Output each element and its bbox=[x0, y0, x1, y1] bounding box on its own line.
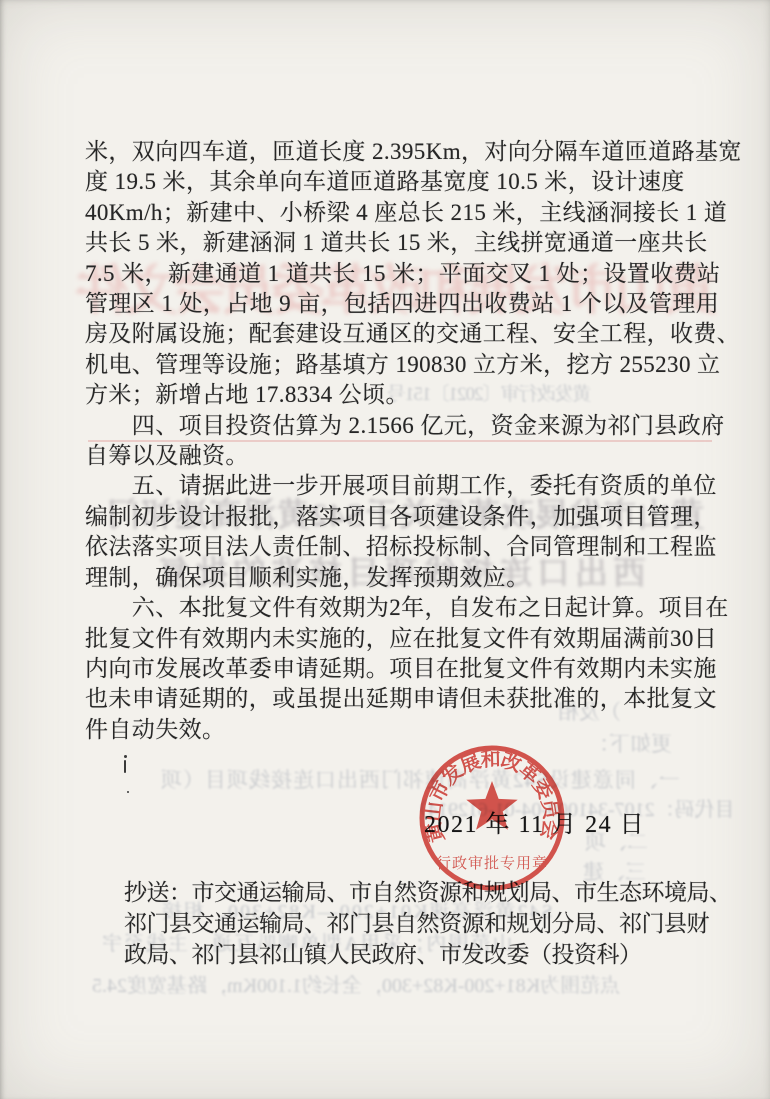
body-line: 自筹以及融资。 bbox=[85, 441, 725, 471]
body-line: 方米；新增占地 17.8334 公顷。 bbox=[85, 380, 725, 410]
seal-caption: 行政审批专用章 bbox=[436, 854, 548, 872]
body-line: 理制，确保项目顺利实施，发挥预期效应。 bbox=[85, 563, 725, 593]
pen-mark bbox=[124, 755, 127, 758]
body-line: 7.5 米，新建通道 1 道共长 15 米；平面交叉 1 处；设置收费站 bbox=[85, 259, 725, 289]
body-line: 五、请据此进一步开展项目前期工作，委托有资质的单位 bbox=[85, 471, 725, 501]
body-line: 依法落实项目法人责任制、招标投标制、合同管理制和工程监 bbox=[85, 532, 725, 562]
seal-graphic: 黄山市发展和改革委员会 行政审批专用章 bbox=[412, 738, 572, 898]
body-text: 米，双向四车道，匝道长度 2.395Km，对向分隔车道匝道路基宽度 19.5 米… bbox=[85, 137, 725, 745]
body-line: 40Km/h；新建中、小桥梁 4 座总长 215 米，主线涵洞接长 1 道 bbox=[85, 198, 725, 228]
body-line: 机电、管理等设施；路基填方 190830 立方米，挖方 255230 立 bbox=[85, 350, 725, 380]
pen-mark bbox=[124, 760, 126, 773]
body-line: 四、项目投资估算为 2.1566 亿元，资金来源为祁门县政府 bbox=[85, 411, 725, 441]
body-line: 共长 5 米，新建涵洞 1 道共长 15 米，主线拼宽通道一座共长 bbox=[85, 228, 725, 258]
scanned-document-page: 黄山市发展和改革委员会文件黄山市发展改革委关于S42黄浮高速祁门西出口连接线项目… bbox=[0, 0, 770, 1099]
star-icon bbox=[466, 781, 517, 830]
body-line: 管理区 1 处，占地 9 亩，包括四进四出收费站 1 个以及管理用 bbox=[85, 289, 725, 319]
body-line: 内向市发展改革委申请延期。项目在批复文件有效期内未实施 bbox=[85, 654, 725, 684]
cc-line: 政局、祁门县祁山镇人民政府、市发改委（投资科） bbox=[124, 939, 732, 970]
pen-mark bbox=[127, 791, 129, 793]
body-line: 六、本批复文件有效期为2年，自发布之日起计算。项目在 bbox=[85, 593, 725, 623]
bleed-through-text: 点范围为K81+200-K82+300，全长约1.100Km，路基宽度24.5 bbox=[92, 969, 620, 998]
body-line: 房及附属设施；配套建设互通区的交通工程、安全工程，收费、 bbox=[85, 319, 725, 349]
body-line: 编制初步设计报批，落实项目各项建设条件，加强项目管理， bbox=[85, 502, 725, 532]
body-line: 件自动失效。 bbox=[85, 715, 725, 745]
body-line: 度 19.5 米，其余单向车道匝道路基宽度 10.5 米，设计速度 bbox=[85, 167, 725, 197]
body-line: 也未申请延期的，或虽提出延期申请但未获批准的，本批复文 bbox=[85, 684, 725, 714]
official-seal: 黄山市发展和改革委员会 行政审批专用章 bbox=[412, 738, 572, 898]
body-line: 米，双向四车道，匝道长度 2.395Km，对向分隔车道匝道路基宽 bbox=[85, 137, 725, 167]
cc-line: 祁门县交通运输局、祁门县自然资源和规划分局、祁门县财 bbox=[124, 908, 732, 939]
body-line: 批复文件有效期内未实施的，应在批复文件有效期届满前30日 bbox=[85, 624, 725, 654]
